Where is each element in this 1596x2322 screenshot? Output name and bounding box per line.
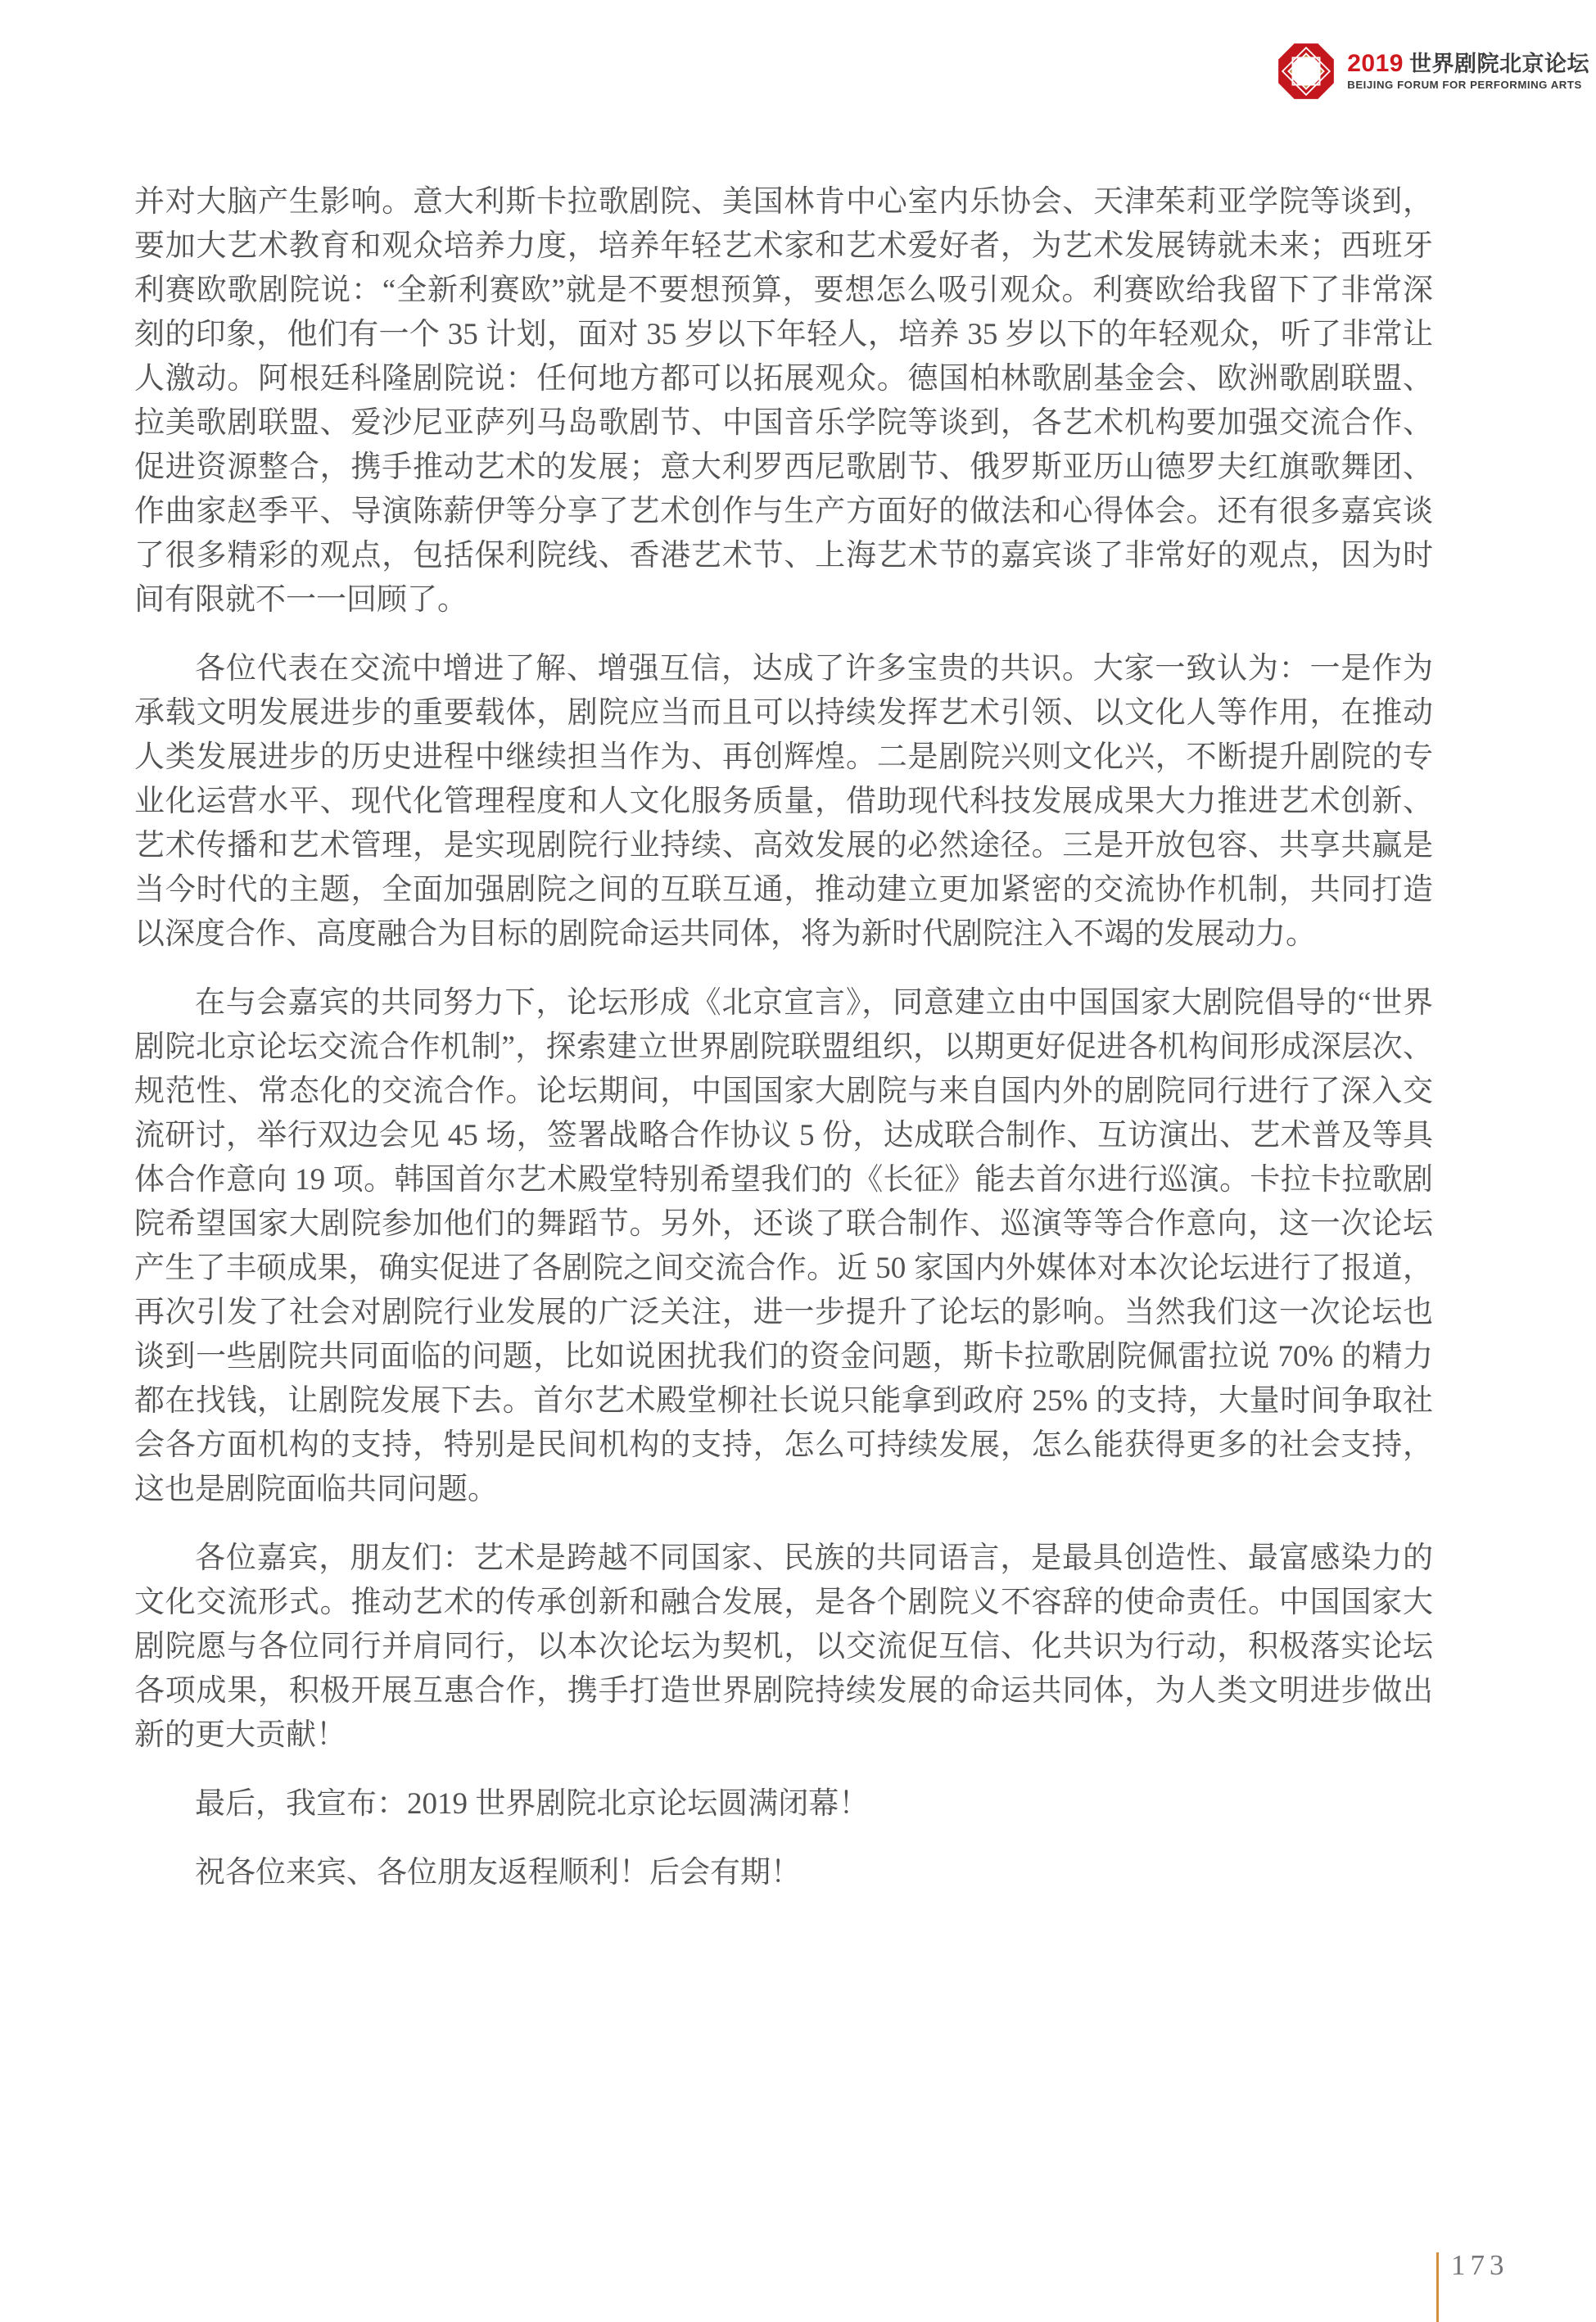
forum-title-cn-text: 世界剧院北京论坛 xyxy=(1409,52,1589,76)
paragraph: 各位嘉宾，朋友们：艺术是跨越不同国家、民族的共同语言，是最具创造性、最富感染力的… xyxy=(134,1537,1433,1758)
forum-year: 2019 xyxy=(1347,50,1404,77)
forum-title-cn: 2019世界剧院北京论坛 xyxy=(1347,52,1589,76)
paragraph: 在与会嘉宾的共同努力下，论坛形成《北京宣言》，同意建立由中国国家大剧院倡导的“世… xyxy=(134,981,1433,1512)
forum-title-en: BEIJING FORUM FOR PERFORMING ARTS xyxy=(1347,79,1589,91)
paragraph: 祝各位来宾、各位朋友返程顺利！后会有期！ xyxy=(134,1851,1433,1895)
paragraph: 各位代表在交流中增进了解、增强互信，达成了许多宝贵的共识。大家一致认为：一是作为… xyxy=(134,647,1433,957)
body-paragraphs: 并对大脑产生影响。意大利斯卡拉歌剧院、美国林肯中心室内乐协会、天津茱莉亚学院等谈… xyxy=(134,180,1433,1920)
forum-logo: 2019世界剧院北京论坛 BEIJING FORUM FOR PERFORMIN… xyxy=(1277,41,1589,102)
document-page: 2019世界剧院北京论坛 BEIJING FORUM FOR PERFORMIN… xyxy=(0,0,1596,2322)
paragraph: 并对大脑产生影响。意大利斯卡拉歌剧院、美国林肯中心室内乐协会、天津茱莉亚学院等谈… xyxy=(134,180,1433,622)
page-number-rule xyxy=(1436,2252,1439,2322)
page-number: 173 xyxy=(1451,2249,1509,2282)
paragraph: 最后，我宣布：2019 世界剧院北京论坛圆满闭幕！ xyxy=(134,1782,1433,1826)
forum-emblem-icon xyxy=(1277,41,1336,102)
forum-logo-text: 2019世界剧院北京论坛 BEIJING FORUM FOR PERFORMIN… xyxy=(1347,52,1589,91)
